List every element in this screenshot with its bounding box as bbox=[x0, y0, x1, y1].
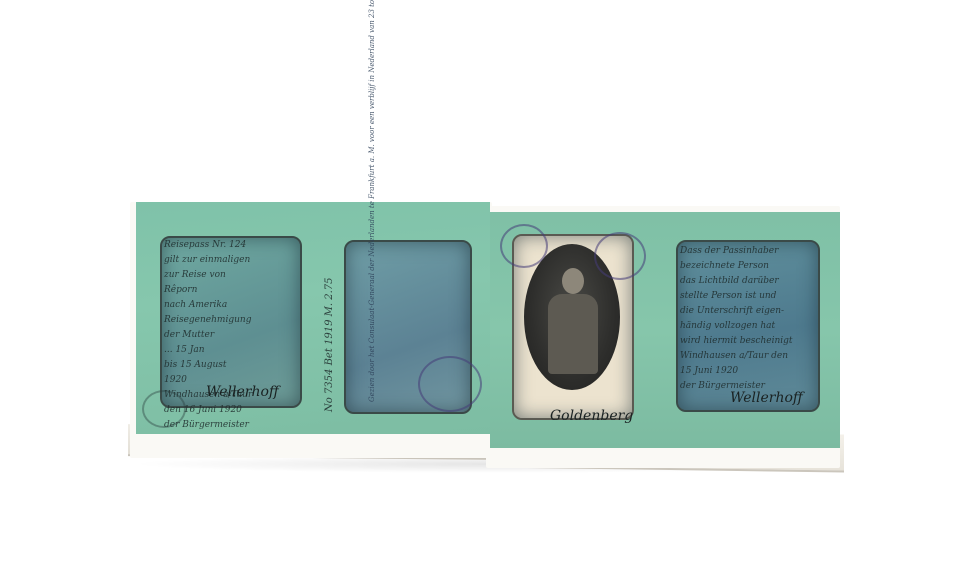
portrait-body bbox=[548, 294, 598, 374]
stamp-icon bbox=[594, 232, 646, 280]
signature-photo: Goldenberg bbox=[550, 408, 633, 424]
passport-spread-right: Goldenberg Dass der Passinhaber bezeichn… bbox=[490, 212, 840, 448]
consulate-stamp-icon bbox=[418, 356, 482, 412]
photo-scene: Reisepass Nr. 124 gilt zur einmaligen zu… bbox=[0, 0, 978, 580]
stamp-icon bbox=[500, 224, 548, 268]
passport-spread-left: Reisepass Nr. 124 gilt zur einmaligen zu… bbox=[136, 202, 490, 434]
signature-right: Wellerhoff bbox=[730, 390, 803, 406]
open-book: Reisepass Nr. 124 gilt zur einmaligen zu… bbox=[128, 196, 844, 468]
portrait-head bbox=[562, 268, 584, 294]
vertical-note: No 7354 Bet 1919 M. 2.75 bbox=[324, 277, 335, 412]
signature-left: Wellerhoff bbox=[206, 384, 279, 400]
handwritten-text-right: Dass der Passinhaber bezeichnete Person … bbox=[680, 244, 816, 394]
stamp-icon bbox=[142, 390, 186, 428]
consular-text: Gezien door het Consulaat-Generaal der N… bbox=[368, 0, 376, 402]
